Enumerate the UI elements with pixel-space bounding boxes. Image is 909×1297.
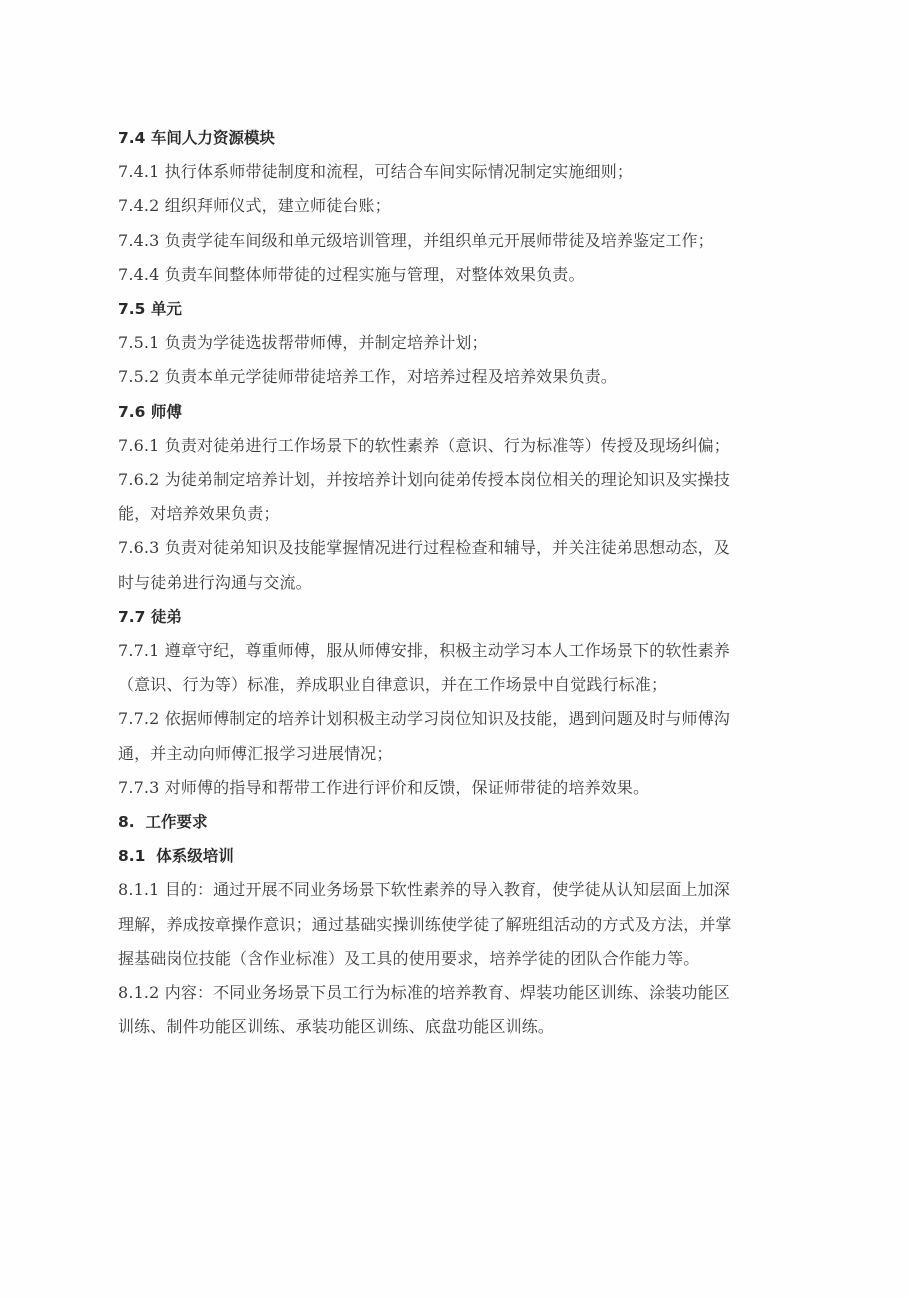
clause-7-6-2-cont: 能，对培养效果负责；: [118, 497, 808, 531]
clause-8-1-1-cont-1: 理解，养成按章操作意识；通过基础实操训练使学徒了解班组活动的方式及方法，并掌: [118, 908, 808, 942]
clause-8-1-1-cont-2: 握基础岗位技能（含作业标准）及工具的使用要求，培养学徒的团队合作能力等。: [118, 942, 808, 976]
clause-7-4-4: 7.4.4 负责车间整体师带徒的过程实施与管理，对整体效果负责。: [118, 258, 808, 292]
document-body: 7.4 车间人力资源模块 7.4.1 执行体系师带徒制度和流程，可结合车间实际情…: [118, 121, 808, 1044]
section-heading-7-4: 7.4 车间人力资源模块: [118, 121, 808, 155]
section-heading-8-1: 8.1 体系级培训: [118, 839, 808, 873]
section-heading-7-6: 7.6 师傅: [118, 395, 808, 429]
clause-7-5-1: 7.5.1 负责为学徒选拔帮带师傅，并制定培养计划；: [118, 326, 808, 360]
clause-7-4-2: 7.4.2 组织拜师仪式，建立师徒台账；: [118, 189, 808, 223]
section-heading-7-7: 7.7 徒弟: [118, 600, 808, 634]
clause-7-6-3: 7.6.3 负责对徒弟知识及技能掌握情况进行过程检查和辅导，并关注徒弟思想动态，…: [118, 531, 808, 565]
clause-7-4-3: 7.4.3 负责学徒车间级和单元级培训管理，并组织单元开展师带徒及培养鉴定工作；: [118, 224, 808, 258]
clause-7-7-2: 7.7.2 依据师傅制定的培养计划积极主动学习岗位知识及技能，遇到问题及时与师傅…: [118, 702, 808, 736]
section-heading-7-5: 7.5 单元: [118, 292, 808, 326]
clause-7-6-3-cont: 时与徒弟进行沟通与交流。: [118, 566, 808, 600]
clause-8-1-1: 8.1.1 目的：通过开展不同业务场景下软性素养的导入教育，使学徒从认知层面上加…: [118, 873, 808, 907]
clause-7-6-1: 7.6.1 负责对徒弟进行工作场景下的软性素养（意识、行为标准等）传授及现场纠偏…: [118, 429, 808, 463]
clause-7-4-1: 7.4.1 执行体系师带徒制度和流程，可结合车间实际情况制定实施细则；: [118, 155, 808, 189]
scanned-document-page: 7.4 车间人力资源模块 7.4.1 执行体系师带徒制度和流程，可结合车间实际情…: [0, 0, 909, 1297]
clause-8-1-2-cont: 训练、制件功能区训练、承装功能区训练、底盘功能区训练。: [118, 1010, 808, 1044]
clause-7-7-2-cont: 通，并主动向师傅汇报学习进展情况；: [118, 737, 808, 771]
clause-7-7-1-cont: （意识、行为等）标准，养成职业自律意识，并在工作场景中自觉践行标准；: [118, 668, 808, 702]
section-heading-8: 8. 工作要求: [118, 805, 808, 839]
clause-7-6-2: 7.6.2 为徒弟制定培养计划，并按培养计划向徒弟传授本岗位相关的理论知识及实操…: [118, 463, 808, 497]
clause-7-7-3: 7.7.3 对师傅的指导和帮带工作进行评价和反馈，保证师带徒的培养效果。: [118, 771, 808, 805]
clause-7-5-2: 7.5.2 负责本单元学徒师带徒培养工作，对培养过程及培养效果负责。: [118, 360, 808, 394]
clause-8-1-2: 8.1.2 内容：不同业务场景下员工行为标准的培养教育、焊装功能区训练、涂装功能…: [118, 976, 808, 1010]
clause-7-7-1: 7.7.1 遵章守纪，尊重师傅，服从师傅安排，积极主动学习本人工作场景下的软性素…: [118, 634, 808, 668]
